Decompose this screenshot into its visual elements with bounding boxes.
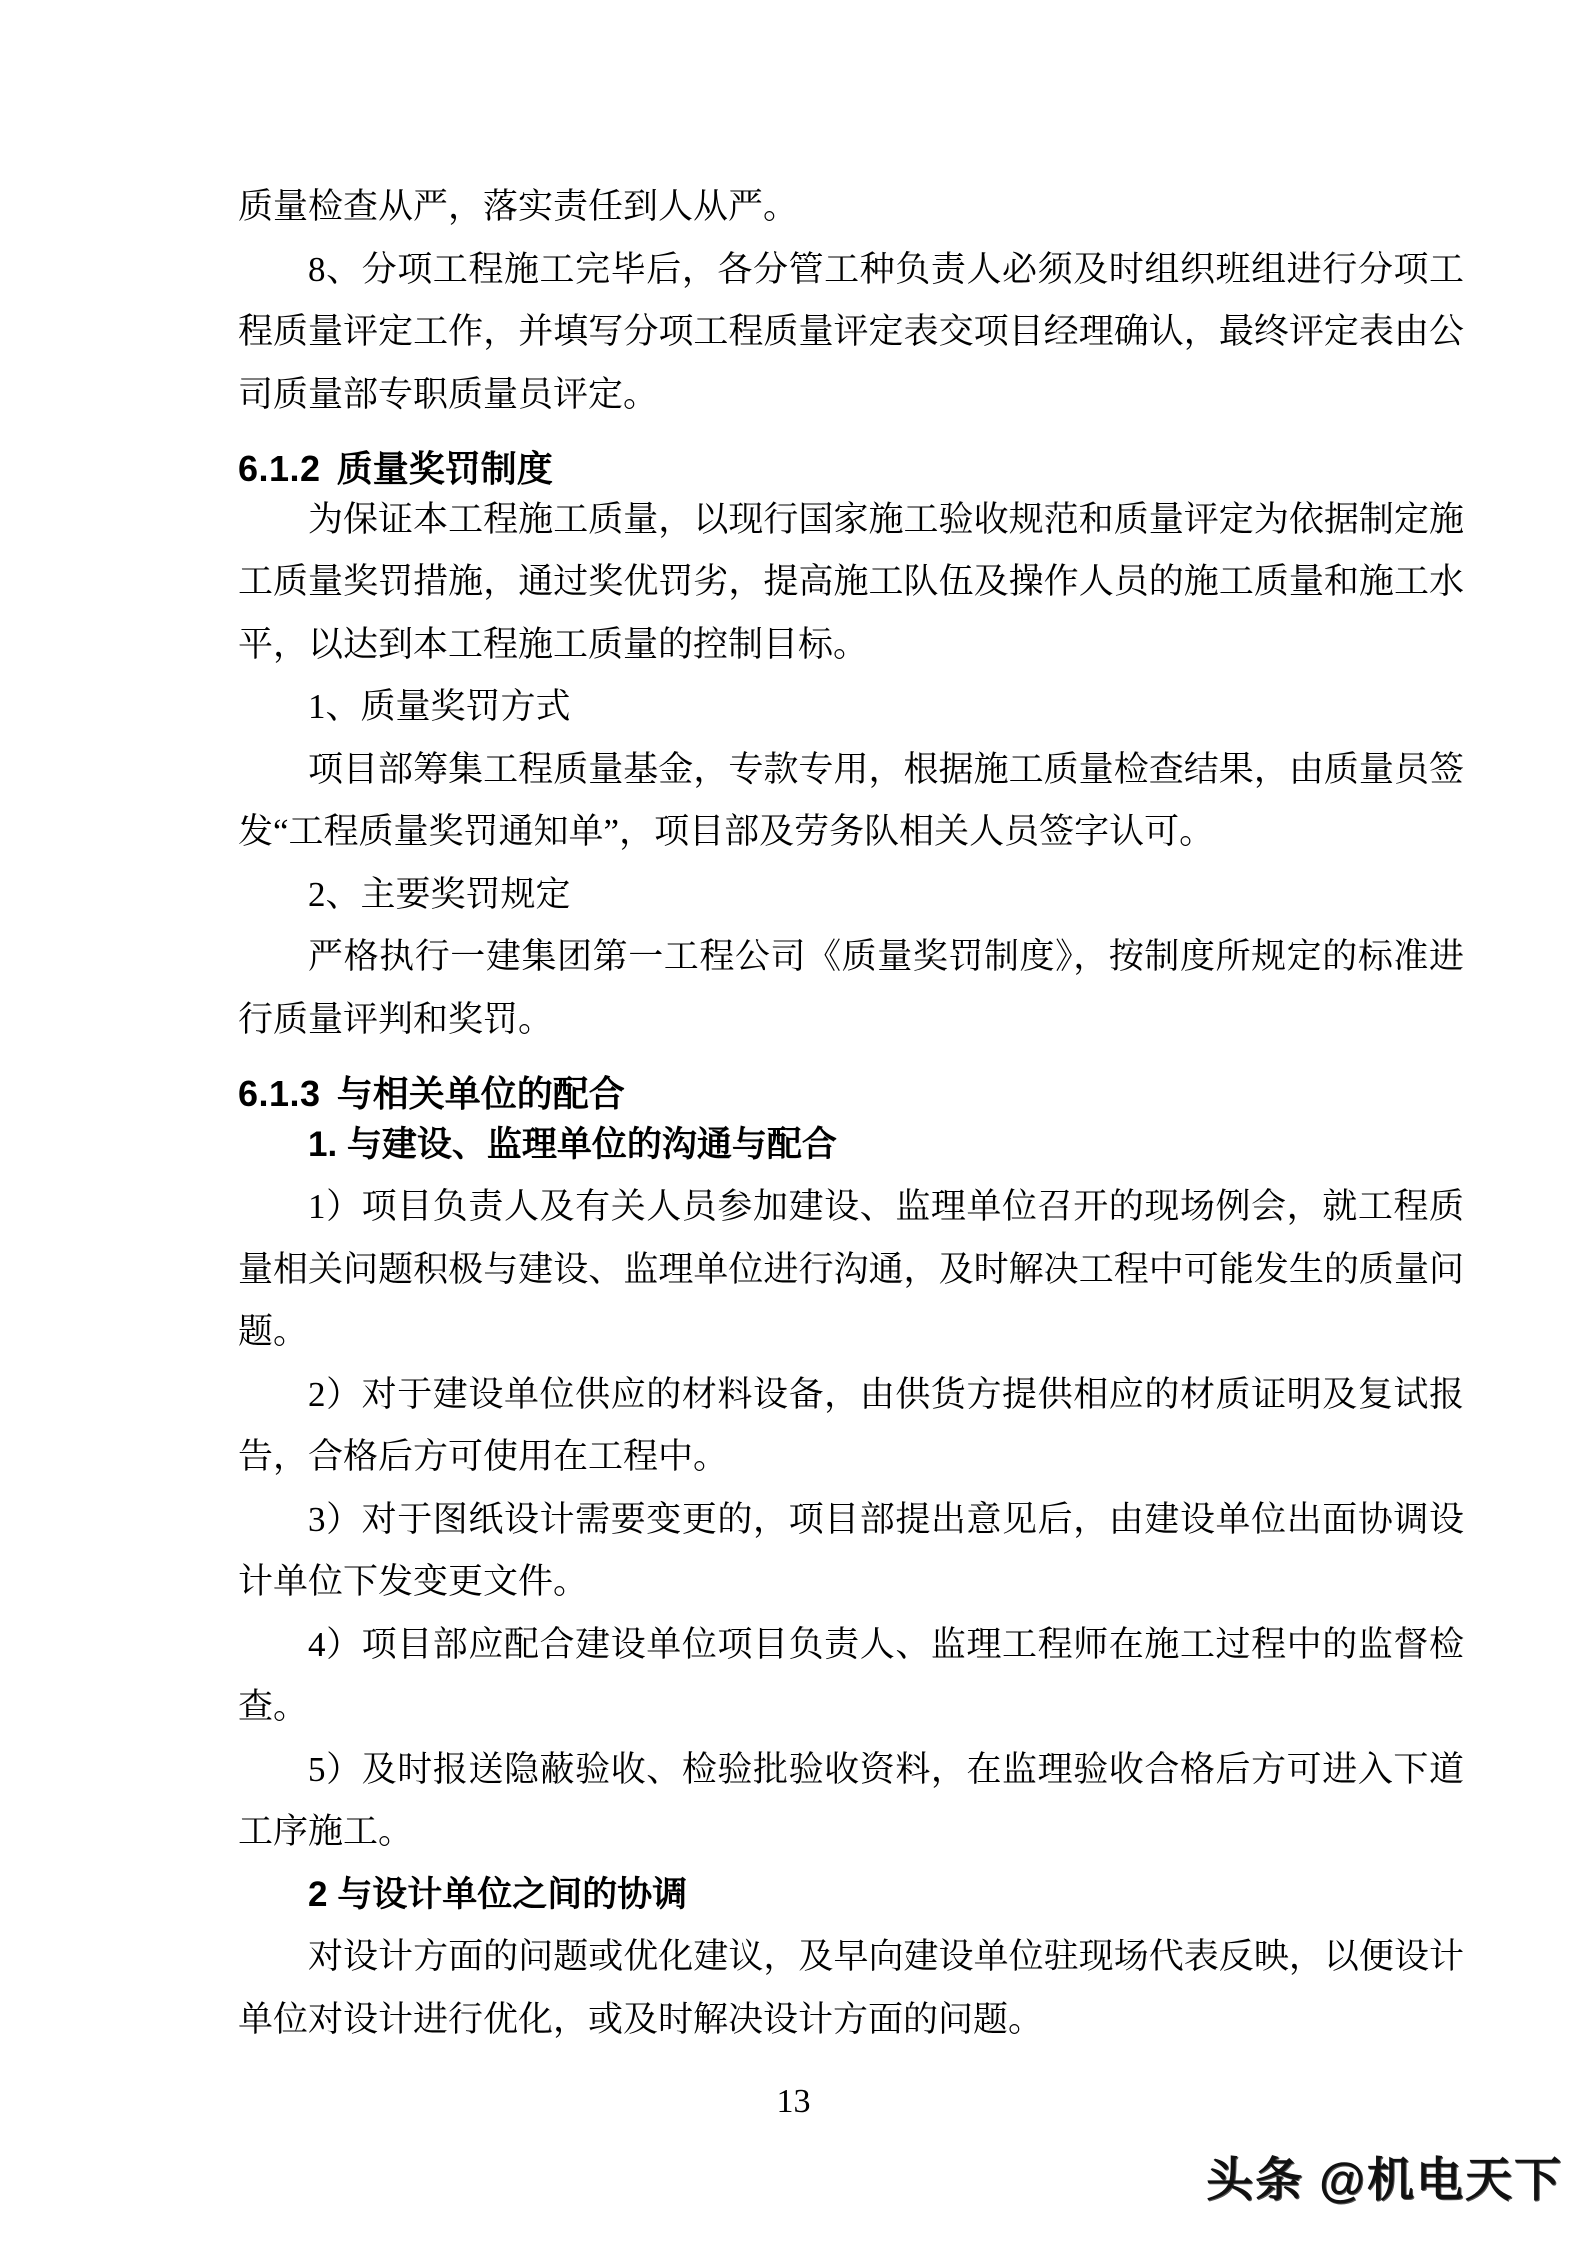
document-page: 质量检查从严，落实责任到人从严。8、分项工程施工完毕后，各分管工种负责人必须及时… <box>0 0 1587 2245</box>
section-title: 质量奖罚制度 <box>337 448 553 489</box>
paragraph: 严格执行一建集团第一工程公司《质量奖罚制度》，按制度所规定的标准进行质量评判和奖… <box>238 926 1464 1051</box>
paragraph: 对设计方面的问题或优化建议，及早向建设单位驻现场代表反映，以便设计单位对设计进行… <box>238 1926 1464 2051</box>
subsection-heading: 2 与设计单位之间的协调 <box>238 1864 1464 1927</box>
paragraph: 5）及时报送隐蔽验收、检验批验收资料，在监理验收合格后方可进入下道工序施工。 <box>238 1739 1464 1864</box>
subsection-heading: 1. 与建设、监理单位的沟通与配合 <box>238 1114 1464 1177</box>
document-body: 质量检查从严，落实责任到人从严。8、分项工程施工完毕后，各分管工种负责人必须及时… <box>238 176 1464 2051</box>
paragraph: 2、主要奖罚规定 <box>238 864 1464 927</box>
paragraph: 为保证本工程施工质量，以现行国家施工验收规范和质量评定为依据制定施工质量奖罚措施… <box>238 489 1464 677</box>
section-number: 6.1.2 <box>238 448 321 489</box>
paragraph: 1、质量奖罚方式 <box>238 676 1464 739</box>
section-number: 6.1.3 <box>238 1073 321 1114</box>
page-number: 13 <box>0 2082 1587 2122</box>
paragraph: 3）对于图纸设计需要变更的，项目部提出意见后，由建设单位出面协调设计单位下发变更… <box>238 1489 1464 1614</box>
section-title: 与相关单位的配合 <box>337 1073 625 1114</box>
paragraph: 项目部筹集工程质量基金，专款专用，根据施工质量检查结果，由质量员签发“工程质量奖… <box>238 739 1464 864</box>
paragraph: 8、分项工程施工完毕后，各分管工种负责人必须及时组织班组进行分项工程质量评定工作… <box>238 239 1464 427</box>
paragraph: 2）对于建设单位供应的材料设备，由供货方提供相应的材质证明及复试报告，合格后方可… <box>238 1364 1464 1489</box>
watermark-toutiao: 头条 @机电天下 <box>1206 2154 1563 2206</box>
paragraph: 4）项目部应配合建设单位项目负责人、监理工程师在施工过程中的监督检查。 <box>238 1614 1464 1739</box>
paragraph: 质量检查从严，落实责任到人从严。 <box>238 176 1464 239</box>
paragraph: 1）项目负责人及有关人员参加建设、监理单位召开的现场例会，就工程质量相关问题积极… <box>238 1176 1464 1364</box>
